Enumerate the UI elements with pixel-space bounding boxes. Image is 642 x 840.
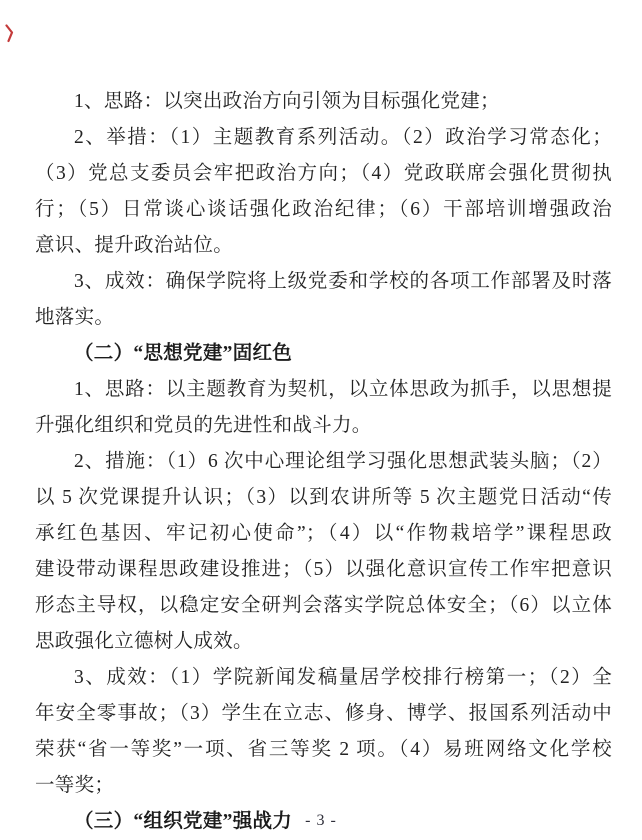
- text-line: 承红色基因、牢记初心使命”；（4）以“作物栽培学”课程思政: [35, 516, 612, 552]
- text-line: 思政强化立德树人成效。: [35, 624, 612, 660]
- text-line: 年安全零事故；（3）学生在立志、修身、博学、报国系列活动中: [35, 696, 612, 732]
- text-line: （3）党总支委员会牢把政治方向；（4）党政联席会强化贯彻执: [35, 156, 612, 192]
- text-line: 升强化组织和党员的先进性和战斗力。: [35, 408, 612, 444]
- page-number: - 3 -: [0, 810, 642, 832]
- text-line: 行；（5）日常谈心谈话强化政治纪律；（6）干部培训增强政治: [35, 192, 612, 228]
- document-page: 1、思路：以突出政治方向引领为目标强化党建；2、举措：（1）主题教育系列活动。（…: [0, 0, 642, 840]
- text-line: 3、成效：确保学院将上级党委和学校的各项工作部署及时落: [35, 264, 612, 300]
- text-line: 建设带动课程思政建设推进；（5）以强化意识宣传工作牢把意识: [35, 552, 612, 588]
- red-annotation-mark: [4, 24, 16, 43]
- text-line: 地落实。: [35, 300, 612, 336]
- text-line: 3、成效：（1）学院新闻发稿量居学校排行榜第一；（2）全: [35, 660, 612, 696]
- text-line: 2、举措：（1）主题教育系列活动。（2）政治学习常态化；: [35, 120, 612, 156]
- text-line: 荣获“省一等奖”一项、省三等奖 2 项。（4）易班网络文化学校: [35, 732, 612, 768]
- text-line: 形态主导权，以稳定安全研判会落实学院总体安全；（6）以立体: [35, 588, 612, 624]
- text-line: 以 5 次党课提升认识；（3）以到农讲所等 5 次主题党日活动“传: [35, 480, 612, 516]
- heading-line: （二）“思想党建”固红色: [35, 336, 612, 372]
- text-line: 一等奖；: [35, 768, 612, 804]
- text-block: 1、思路：以突出政治方向引领为目标强化党建；2、举措：（1）主题教育系列活动。（…: [35, 84, 612, 840]
- text-line: 1、思路：以主题教育为契机，以立体思政为抓手，以思想提: [35, 372, 612, 408]
- text-line: 意识、提升政治站位。: [35, 228, 612, 264]
- text-line: 2、措施：（1）6 次中心理论组学习强化思想武装头脑；（2）: [35, 444, 612, 480]
- text-line: 1、思路：以突出政治方向引领为目标强化党建；: [35, 84, 612, 120]
